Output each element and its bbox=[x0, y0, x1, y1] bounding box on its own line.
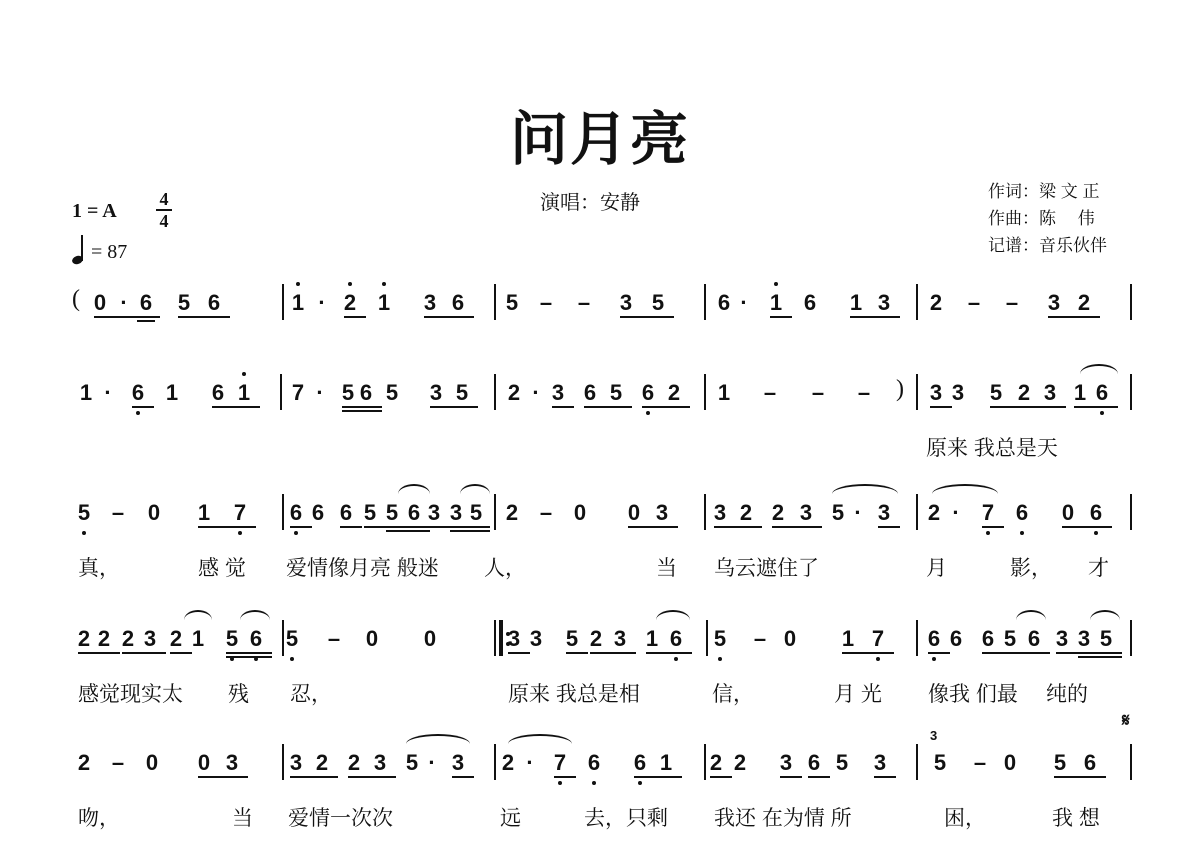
beam-underline bbox=[78, 652, 120, 654]
note-digit: 3 bbox=[426, 500, 442, 526]
beam-underline bbox=[842, 652, 894, 654]
open-paren: ( bbox=[72, 286, 80, 313]
note-digit: 5 bbox=[404, 750, 420, 776]
note-digit: 3 bbox=[798, 500, 814, 526]
dash-symbol: – bbox=[966, 290, 982, 316]
beam-underline bbox=[584, 406, 632, 408]
singer-credit: 演唱：安静 bbox=[540, 186, 640, 215]
low-octave-dot bbox=[558, 781, 562, 785]
note-digit: 5 bbox=[988, 380, 1004, 406]
note-digit: 7 bbox=[290, 380, 306, 406]
dot-extension: · bbox=[424, 750, 440, 776]
note-digit: 3 bbox=[450, 750, 466, 776]
beam-underline bbox=[430, 406, 478, 408]
note-digit: 6 bbox=[338, 500, 354, 526]
dot-extension: · bbox=[948, 500, 964, 526]
low-octave-dot bbox=[136, 411, 140, 415]
slur-arc bbox=[1080, 364, 1118, 374]
dash-symbol: – bbox=[856, 380, 872, 406]
triplet-mark: 3 bbox=[930, 728, 937, 743]
barline bbox=[916, 374, 918, 410]
note-digit: 2 bbox=[168, 626, 184, 652]
beam-underline bbox=[1074, 406, 1118, 408]
repeat-dot bbox=[506, 642, 510, 646]
slur-arc bbox=[932, 484, 998, 494]
beam-underline bbox=[554, 776, 576, 778]
low-octave-dot bbox=[290, 657, 294, 661]
beam-underline bbox=[982, 652, 1004, 654]
beam-underline bbox=[212, 406, 260, 408]
note-digit: 2 bbox=[732, 750, 748, 776]
note-digit: 1 bbox=[290, 290, 306, 316]
low-octave-dot bbox=[674, 657, 678, 661]
lyric-text: 忍， bbox=[290, 678, 332, 708]
lyric-text: 人， bbox=[484, 552, 526, 582]
lyric-text: 月 光 bbox=[834, 678, 882, 708]
beam-underline bbox=[122, 652, 166, 654]
note-digit: 1 bbox=[840, 626, 856, 652]
note-digit: 3 bbox=[1042, 380, 1058, 406]
note-digit: 2 bbox=[1016, 380, 1032, 406]
note-digit: 6 bbox=[450, 290, 466, 316]
barline bbox=[1130, 744, 1132, 780]
barline bbox=[916, 494, 918, 530]
note-digit: 1 bbox=[196, 500, 212, 526]
low-octave-dot bbox=[932, 657, 936, 661]
beam-underline bbox=[364, 526, 490, 528]
beam-underline bbox=[178, 316, 230, 318]
note-digit: 5 bbox=[468, 500, 484, 526]
note-digit: 5 bbox=[1052, 750, 1068, 776]
dash-symbol: – bbox=[326, 626, 342, 652]
lyric-text: 去，只剩 bbox=[584, 802, 668, 832]
note-digit: 5 bbox=[176, 290, 192, 316]
low-octave-dot bbox=[876, 657, 880, 661]
beam-underline bbox=[290, 776, 338, 778]
note-digit: 1 bbox=[78, 380, 94, 406]
barline bbox=[282, 620, 284, 656]
beam-underline bbox=[710, 776, 732, 778]
note-digit: 3 bbox=[928, 380, 944, 406]
low-octave-dot bbox=[638, 781, 642, 785]
lyric-text: 吻， bbox=[78, 802, 120, 832]
credits-block: 作词：梁 文 正 作曲：陈 伟 记谱：音乐伙伴 bbox=[988, 178, 1107, 259]
note-digit: 3 bbox=[876, 290, 892, 316]
lyric-text: 残 bbox=[228, 678, 249, 708]
note-digit: 3 bbox=[1054, 626, 1070, 652]
beam-underline bbox=[928, 652, 950, 654]
dot-extension: · bbox=[522, 750, 538, 776]
barline bbox=[1130, 284, 1132, 320]
dot-extension: · bbox=[100, 380, 116, 406]
note-digit: 2 bbox=[346, 750, 362, 776]
note-digit: 5 bbox=[932, 750, 948, 776]
note-digit: 0 bbox=[364, 626, 380, 652]
note-digit: 5 bbox=[1098, 626, 1114, 652]
barline bbox=[916, 284, 918, 320]
note-digit: 1 bbox=[716, 380, 732, 406]
beam-underline bbox=[1062, 526, 1112, 528]
lyric-text: 信， bbox=[712, 678, 754, 708]
beam-underline bbox=[808, 776, 830, 778]
segno-icon: 𝄋 bbox=[1122, 710, 1130, 731]
note-digit: 5 bbox=[834, 750, 850, 776]
song-title: 问月亮 bbox=[0, 92, 1200, 176]
beam-underline bbox=[714, 526, 762, 528]
note-digit: 1 bbox=[658, 750, 674, 776]
beam-underline bbox=[170, 652, 192, 654]
repeat-start-barline bbox=[494, 620, 504, 656]
note-digit: 7 bbox=[552, 750, 568, 776]
note-digit: 6 bbox=[582, 380, 598, 406]
barline bbox=[280, 374, 282, 410]
beam-underline bbox=[386, 530, 430, 532]
lyric-text: 影， bbox=[1010, 552, 1052, 582]
low-octave-dot bbox=[1094, 531, 1098, 535]
note-digit: 6 bbox=[980, 626, 996, 652]
barline bbox=[282, 744, 284, 780]
beam-underline bbox=[850, 316, 900, 318]
note-digit: 7 bbox=[980, 500, 996, 526]
note-digit: 0 bbox=[422, 626, 438, 652]
note-digit: 2 bbox=[708, 750, 724, 776]
lyric-text: 困， bbox=[944, 802, 986, 832]
dot-extension: · bbox=[528, 380, 544, 406]
time-signature-bottom: 4 bbox=[156, 212, 172, 230]
note-digit: 5 bbox=[224, 626, 240, 652]
beam-underline bbox=[290, 526, 312, 528]
beam-underline bbox=[628, 526, 678, 528]
note-digit: 0 bbox=[782, 626, 798, 652]
note-digit: 5 bbox=[362, 500, 378, 526]
note-digit: 1 bbox=[848, 290, 864, 316]
note-digit: 6 bbox=[406, 500, 422, 526]
lyric-text: 月 bbox=[926, 552, 947, 582]
note-digit: 6 bbox=[1026, 626, 1042, 652]
note-digit: 5 bbox=[830, 500, 846, 526]
dash-symbol: – bbox=[752, 626, 768, 652]
note-digit: 2 bbox=[506, 380, 522, 406]
note-digit: 3 bbox=[1046, 290, 1062, 316]
barline bbox=[494, 284, 496, 320]
note-digit: 2 bbox=[76, 750, 92, 776]
barline bbox=[494, 744, 496, 780]
note-digit: 2 bbox=[928, 290, 944, 316]
dot-extension: · bbox=[314, 290, 330, 316]
beam-underline bbox=[634, 776, 682, 778]
lyric-text: 像我 们最 bbox=[928, 678, 1018, 708]
note-digit: 0 bbox=[146, 500, 162, 526]
tempo-value: = 87 bbox=[91, 241, 127, 263]
note-digit: 6 bbox=[206, 290, 222, 316]
note-digit: 3 bbox=[1076, 626, 1092, 652]
beam-underline bbox=[342, 406, 382, 408]
note-digit: 5 bbox=[384, 500, 400, 526]
dot-extension: · bbox=[736, 290, 752, 316]
note-digit: 2 bbox=[120, 626, 136, 652]
time-signature: 4 4 bbox=[156, 190, 172, 230]
beam-underline bbox=[450, 530, 490, 532]
lyric-text: 真， bbox=[78, 552, 120, 582]
note-digit: 1 bbox=[768, 290, 784, 316]
beam-underline bbox=[1054, 776, 1106, 778]
slur-arc bbox=[656, 610, 690, 620]
note-digit: 3 bbox=[950, 380, 966, 406]
note-digit: 6 bbox=[716, 290, 732, 316]
beam-underline bbox=[1004, 652, 1050, 654]
slur-arc bbox=[184, 610, 212, 620]
note-digit: 3 bbox=[288, 750, 304, 776]
low-octave-dot bbox=[718, 657, 722, 661]
beam-underline bbox=[620, 316, 674, 318]
note-digit: 5 bbox=[1002, 626, 1018, 652]
lyric-text: 当 bbox=[232, 802, 253, 832]
note-digit: 2 bbox=[926, 500, 942, 526]
note-digit: 5 bbox=[454, 380, 470, 406]
key-signature: 1 = A bbox=[72, 200, 117, 223]
beam-underline bbox=[198, 776, 248, 778]
note-digit: 6 bbox=[806, 750, 822, 776]
slur-arc bbox=[832, 484, 898, 494]
quarter-note-icon bbox=[72, 234, 86, 264]
composer-credit: 作曲：陈 伟 bbox=[988, 205, 1107, 232]
low-octave-dot bbox=[82, 531, 86, 535]
beam-underline bbox=[878, 526, 900, 528]
tempo-marking: = 87 bbox=[72, 234, 127, 264]
low-octave-dot bbox=[294, 531, 298, 535]
note-digit: 2 bbox=[1076, 290, 1092, 316]
beam-underline bbox=[1056, 652, 1122, 654]
note-digit: 3 bbox=[372, 750, 388, 776]
note-digit: 3 bbox=[142, 626, 158, 652]
high-octave-dot bbox=[382, 282, 386, 286]
note-digit: 3 bbox=[778, 750, 794, 776]
dash-symbol: – bbox=[538, 500, 554, 526]
dash-symbol: – bbox=[110, 500, 126, 526]
note-digit: 5 bbox=[650, 290, 666, 316]
note-digit: 3 bbox=[550, 380, 566, 406]
high-octave-dot bbox=[774, 282, 778, 286]
beam-underline bbox=[226, 652, 272, 654]
note-digit: 3 bbox=[876, 500, 892, 526]
note-digit: 2 bbox=[76, 626, 92, 652]
dash-symbol: – bbox=[972, 750, 988, 776]
beam-underline bbox=[874, 776, 896, 778]
beam-underline bbox=[930, 406, 952, 408]
barline bbox=[1130, 374, 1132, 410]
note-digit: 2 bbox=[96, 626, 112, 652]
note-digit: 6 bbox=[248, 626, 264, 652]
slur-arc bbox=[1016, 610, 1046, 620]
low-octave-dot bbox=[238, 531, 242, 535]
underline bbox=[137, 320, 155, 322]
note-digit: 6 bbox=[948, 626, 964, 652]
barline bbox=[704, 284, 706, 320]
beam-underline bbox=[1078, 656, 1122, 658]
note-digit: 2 bbox=[770, 500, 786, 526]
lyric-text: 纯的 bbox=[1046, 678, 1088, 708]
high-octave-dot bbox=[348, 282, 352, 286]
dot-extension: · bbox=[850, 500, 866, 526]
note-digit: 0 bbox=[1060, 500, 1076, 526]
note-digit: 5 bbox=[564, 626, 580, 652]
low-octave-dot bbox=[986, 531, 990, 535]
lyric-text: 原来 我总是相 bbox=[508, 678, 640, 708]
beam-underline bbox=[590, 652, 636, 654]
note-digit: 2 bbox=[588, 626, 604, 652]
close-paren: ) bbox=[896, 376, 904, 403]
note-digit: 6 bbox=[210, 380, 226, 406]
dash-symbol: – bbox=[576, 290, 592, 316]
barline bbox=[282, 494, 284, 530]
slur-arc bbox=[1090, 610, 1120, 620]
note-digit: 6 bbox=[358, 380, 374, 406]
barline bbox=[916, 744, 918, 780]
note-digit: 6 bbox=[310, 500, 326, 526]
high-octave-dot bbox=[296, 282, 300, 286]
lyric-text: 我还 在为情 所 bbox=[714, 802, 852, 832]
note-digit: 6 bbox=[1082, 750, 1098, 776]
note-digit: 6 bbox=[1094, 380, 1110, 406]
note-digit: 1 bbox=[164, 380, 180, 406]
dash-symbol: – bbox=[810, 380, 826, 406]
note-digit: 6 bbox=[138, 290, 154, 316]
slur-arc bbox=[460, 484, 490, 494]
barline bbox=[494, 494, 496, 530]
note-digit: 2 bbox=[500, 750, 516, 776]
slur-arc bbox=[508, 734, 572, 744]
barline bbox=[706, 620, 708, 656]
slur-arc bbox=[240, 610, 270, 620]
beam-underline bbox=[424, 316, 474, 318]
note-digit: 3 bbox=[712, 500, 728, 526]
note-digit: 6 bbox=[1014, 500, 1030, 526]
barline bbox=[1130, 620, 1132, 656]
beam-underline bbox=[642, 406, 690, 408]
note-digit: 3 bbox=[428, 380, 444, 406]
beam-underline bbox=[348, 776, 396, 778]
note-digit: 2 bbox=[314, 750, 330, 776]
note-digit: 6 bbox=[926, 626, 942, 652]
low-octave-dot bbox=[1020, 531, 1024, 535]
lyric-text: 我 想 bbox=[1052, 802, 1100, 832]
lyric-text: 感觉现实太 bbox=[78, 678, 183, 708]
note-digit: 3 bbox=[448, 500, 464, 526]
note-digit: 3 bbox=[224, 750, 240, 776]
note-digit: 3 bbox=[654, 500, 670, 526]
slur-arc bbox=[398, 484, 430, 494]
note-digit: 7 bbox=[232, 500, 248, 526]
note-digit: 6 bbox=[288, 500, 304, 526]
low-octave-dot bbox=[1100, 411, 1104, 415]
barline bbox=[704, 494, 706, 530]
beam-underline bbox=[780, 776, 802, 778]
beam-underline bbox=[198, 526, 256, 528]
note-digit: 5 bbox=[284, 626, 300, 652]
dash-symbol: – bbox=[538, 290, 554, 316]
note-digit: 3 bbox=[872, 750, 888, 776]
note-digit: 1 bbox=[376, 290, 392, 316]
note-digit: 3 bbox=[612, 626, 628, 652]
note-digit: 6 bbox=[586, 750, 602, 776]
note-digit: 1 bbox=[190, 626, 206, 652]
lyric-text: 原来 我总是天 bbox=[926, 432, 1058, 462]
note-digit: 3 bbox=[528, 626, 544, 652]
barline bbox=[1130, 494, 1132, 530]
note-digit: 1 bbox=[644, 626, 660, 652]
note-digit: 0 bbox=[626, 500, 642, 526]
note-digit: 6 bbox=[802, 290, 818, 316]
beam-underline bbox=[552, 406, 574, 408]
repeat-dot bbox=[506, 632, 510, 636]
lyric-text: 感 觉 bbox=[198, 552, 246, 582]
lyric-text: 爱情一次次 bbox=[288, 802, 393, 832]
beam-underline bbox=[342, 410, 382, 412]
note-digit: 5 bbox=[504, 290, 520, 316]
dash-symbol: – bbox=[1004, 290, 1020, 316]
note-digit: 5 bbox=[340, 380, 356, 406]
high-octave-dot bbox=[242, 372, 246, 376]
note-digit: 6 bbox=[1088, 500, 1104, 526]
note-digit: 5 bbox=[384, 380, 400, 406]
lyric-text: 当 bbox=[656, 552, 677, 582]
beam-underline bbox=[990, 406, 1066, 408]
beam-underline bbox=[772, 526, 822, 528]
note-digit: 0 bbox=[572, 500, 588, 526]
beam-underline bbox=[226, 656, 272, 658]
beam-underline bbox=[982, 526, 1004, 528]
note-digit: 3 bbox=[422, 290, 438, 316]
note-digit: 3 bbox=[618, 290, 634, 316]
barline bbox=[282, 284, 284, 320]
lyric-text: 乌云遮住了 bbox=[714, 552, 819, 582]
note-digit: 2 bbox=[342, 290, 358, 316]
note-digit: 6 bbox=[130, 380, 146, 406]
dash-symbol: – bbox=[762, 380, 778, 406]
beam-underline bbox=[1048, 316, 1100, 318]
note-digit: 3 bbox=[506, 626, 522, 652]
beam-underline bbox=[508, 652, 530, 654]
lyric-text: 爱情像月亮 般迷 bbox=[286, 552, 439, 582]
low-octave-dot bbox=[592, 781, 596, 785]
barline bbox=[916, 620, 918, 656]
barline bbox=[704, 374, 706, 410]
note-digit: 5 bbox=[76, 500, 92, 526]
beam-underline bbox=[344, 316, 366, 318]
note-digit: 7 bbox=[870, 626, 886, 652]
note-digit: 0 bbox=[92, 290, 108, 316]
time-signature-top: 4 bbox=[156, 190, 172, 208]
dash-symbol: – bbox=[110, 750, 126, 776]
beam-underline bbox=[566, 652, 588, 654]
beam-underline bbox=[340, 526, 362, 528]
dot-extension: · bbox=[116, 290, 132, 316]
barline bbox=[704, 744, 706, 780]
beam-underline bbox=[452, 776, 474, 778]
transcriber-credit: 记谱：音乐伙伴 bbox=[988, 232, 1107, 259]
note-digit: 2 bbox=[738, 500, 754, 526]
note-digit: 0 bbox=[144, 750, 160, 776]
note-digit: 6 bbox=[640, 380, 656, 406]
note-digit: 1 bbox=[236, 380, 252, 406]
note-digit: 5 bbox=[712, 626, 728, 652]
dot-extension: · bbox=[312, 380, 328, 406]
beam-underline bbox=[646, 652, 692, 654]
lyricist-credit: 作词：梁 文 正 bbox=[988, 178, 1107, 205]
note-digit: 2 bbox=[504, 500, 520, 526]
slur-arc bbox=[406, 734, 470, 744]
note-digit: 0 bbox=[1002, 750, 1018, 776]
